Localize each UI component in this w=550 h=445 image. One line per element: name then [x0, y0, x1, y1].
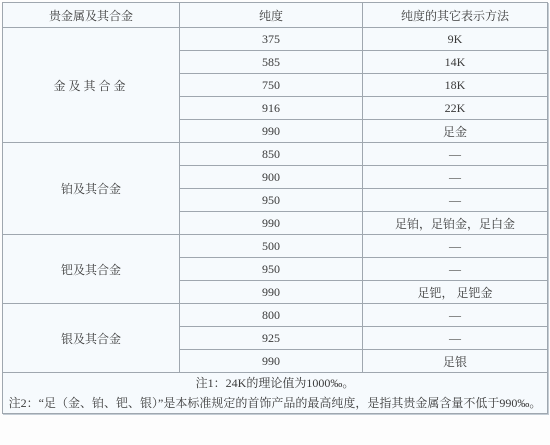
purity-cell: 925: [180, 327, 363, 350]
alt-purity-cell: —: [363, 327, 548, 350]
table-row: 钯及其合金 500 —: [3, 235, 548, 258]
alt-purity-cell: —: [363, 166, 548, 189]
note-2: 注2：“足（金、铂、钯、银）”是本标准规定的首饰产品的最高纯度，是指其贵金属含量…: [3, 393, 547, 413]
alt-purity-cell: 足钯， 足钯金: [363, 281, 548, 304]
table-row: 银及其合金 800 —: [3, 304, 548, 327]
alt-purity-cell: 9K: [363, 28, 548, 51]
page: 贵金属及其合金 纯度 纯度的其它表示方法 金及其合金 375 9K 585 14…: [0, 0, 550, 414]
alt-purity-cell: —: [363, 235, 548, 258]
notes-cell: 注1：24K的理论值为1000‰。 注2：“足（金、铂、钯、银）”是本标准规定的…: [3, 373, 548, 414]
metal-group-label-gold: 金及其合金: [3, 28, 180, 143]
alt-purity-cell: 足金: [363, 120, 548, 143]
col-header-purity: 纯度: [180, 3, 363, 28]
note-1: 注1：24K的理论值为1000‰。: [3, 373, 547, 393]
alt-purity-cell: 22K: [363, 97, 548, 120]
purity-cell: 750: [180, 74, 363, 97]
purity-cell: 990: [180, 350, 363, 373]
purity-cell: 950: [180, 258, 363, 281]
purity-cell: 990: [180, 120, 363, 143]
alt-purity-cell: —: [363, 304, 548, 327]
purity-cell: 990: [180, 212, 363, 235]
col-header-metal: 贵金属及其合金: [3, 3, 180, 28]
alt-purity-cell: 14K: [363, 51, 548, 74]
col-header-alt-purity: 纯度的其它表示方法: [363, 3, 548, 28]
alt-purity-cell: —: [363, 258, 548, 281]
table-row: 铂及其合金 850 —: [3, 143, 548, 166]
purity-cell: 950: [180, 189, 363, 212]
metal-group-label-platinum: 铂及其合金: [3, 143, 180, 235]
alt-purity-cell: 足铂，足铂金，足白金: [363, 212, 548, 235]
purity-cell: 500: [180, 235, 363, 258]
metal-group-label-palladium: 钯及其合金: [3, 235, 180, 304]
purity-cell: 850: [180, 143, 363, 166]
purity-cell: 990: [180, 281, 363, 304]
purity-cell: 800: [180, 304, 363, 327]
alt-purity-cell: 18K: [363, 74, 548, 97]
table-notes-row: 注1：24K的理论值为1000‰。 注2：“足（金、铂、钯、银）”是本标准规定的…: [3, 373, 548, 414]
table-row: 金及其合金 375 9K: [3, 28, 548, 51]
alt-purity-cell: —: [363, 189, 548, 212]
purity-cell: 585: [180, 51, 363, 74]
table-header-row: 贵金属及其合金 纯度 纯度的其它表示方法: [3, 3, 548, 28]
alt-purity-cell: 足银: [363, 350, 548, 373]
purity-cell: 916: [180, 97, 363, 120]
purity-cell: 900: [180, 166, 363, 189]
purity-cell: 375: [180, 28, 363, 51]
metal-group-label-silver: 银及其合金: [3, 304, 180, 373]
alt-purity-cell: —: [363, 143, 548, 166]
purity-standards-table: 贵金属及其合金 纯度 纯度的其它表示方法 金及其合金 375 9K 585 14…: [2, 2, 548, 414]
